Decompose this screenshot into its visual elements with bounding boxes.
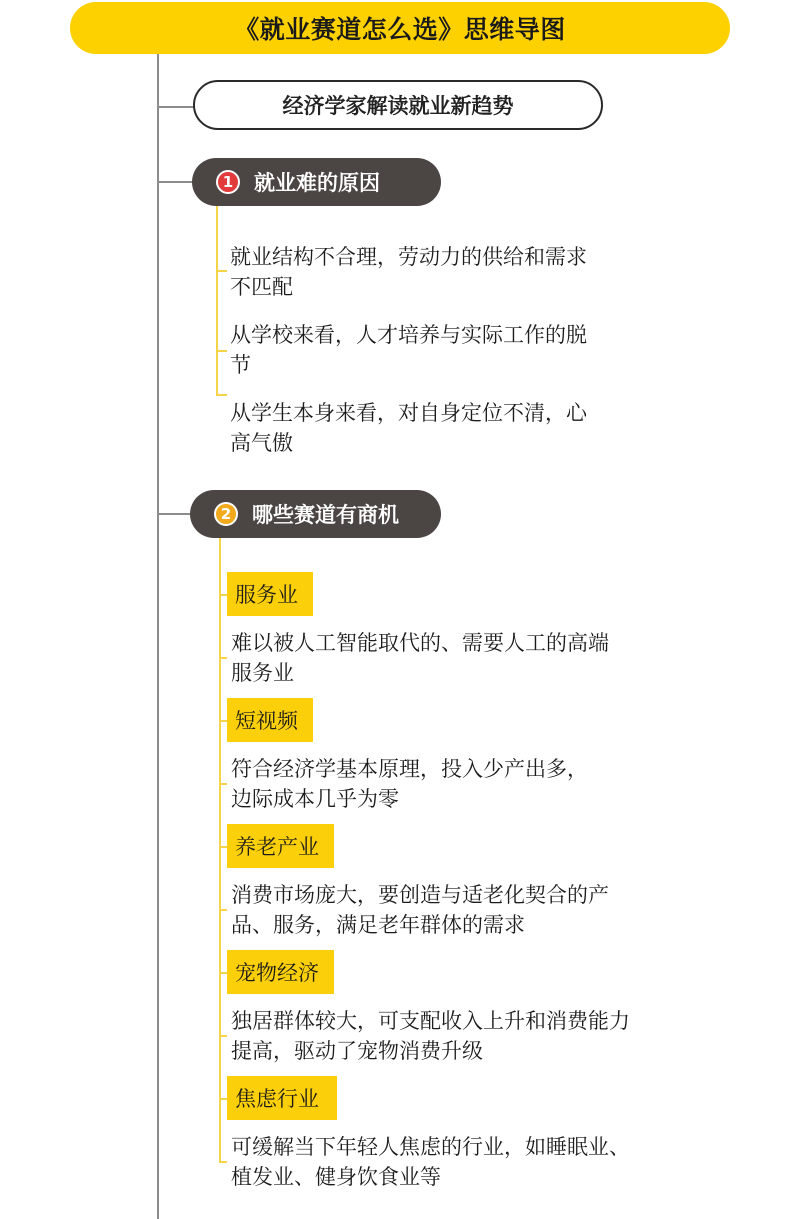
branch-connector-section-1	[158, 181, 194, 183]
list-item: 可缓解当下年轻人焦虑的行业，如睡眠业、植发业、健身饮食业等	[231, 1132, 641, 1192]
item-connector	[219, 783, 227, 785]
tag-label: 宠物经济	[235, 957, 319, 987]
tag-label: 焦虑行业	[235, 1083, 319, 1113]
section-node-opportunities: 2 哪些赛道有商机	[190, 490, 441, 538]
section-title: 就业难的原因	[254, 167, 380, 197]
number-1-circle-icon: 1	[216, 170, 240, 194]
tag-pet-economy: 宠物经济	[227, 950, 334, 994]
list-item: 难以被人工智能取代的、需要人工的高端服务业	[231, 628, 621, 688]
list-item: 符合经济学基本原理，投入少产出多，边际成本几乎为零	[231, 754, 601, 814]
section-node-reasons: 1 就业难的原因	[192, 158, 441, 206]
item-connector	[219, 972, 227, 974]
section-2-connector-line	[219, 538, 221, 1162]
tag-short-video: 短视频	[227, 698, 313, 742]
list-item: 从学校来看，人才培养与实际工作的脱节	[230, 320, 590, 380]
number-2-circle-icon: 2	[214, 502, 238, 526]
branch-connector-section-2	[158, 513, 192, 515]
item-connector	[219, 846, 227, 848]
tag-anxiety-industry: 焦虑行业	[227, 1076, 337, 1120]
subtitle-node: 经济学家解读就业新趋势	[193, 80, 603, 130]
item-connector	[216, 394, 227, 396]
list-item: 消费市场庞大，要创造与适老化契合的产品、服务，满足老年群体的需求	[231, 880, 621, 940]
item-connector	[219, 594, 227, 596]
item-connector	[219, 657, 227, 659]
branch-connector-subtitle	[158, 106, 194, 108]
item-connector	[219, 720, 227, 722]
item-connector	[219, 1098, 227, 1100]
tag-elderly-care: 养老产业	[227, 824, 334, 868]
list-item: 就业结构不合理，劳动力的供给和需求不匹配	[230, 242, 590, 302]
mindmap-title-bar: 《就业赛道怎么选》思维导图	[70, 2, 730, 54]
subtitle-text: 经济学家解读就业新趋势	[283, 90, 514, 120]
list-item: 从学生本身来看，对自身定位不清，心高气傲	[230, 398, 600, 458]
list-item: 独居群体较大，可支配收入上升和消费能力提高，驱动了宠物消费升级	[231, 1006, 641, 1066]
main-connector-line	[157, 54, 159, 1219]
page-title: 《就业赛道怎么选》思维导图	[234, 10, 566, 46]
section-1-connector-line	[216, 206, 218, 396]
tag-service-industry: 服务业	[227, 572, 313, 616]
tag-label: 养老产业	[235, 831, 319, 861]
tag-label: 服务业	[235, 579, 298, 609]
item-connector	[216, 270, 227, 272]
item-connector	[216, 350, 227, 352]
section-title: 哪些赛道有商机	[252, 499, 399, 529]
item-connector	[219, 1035, 227, 1037]
item-connector	[219, 1161, 227, 1163]
item-connector	[219, 909, 227, 911]
tag-label: 短视频	[235, 705, 298, 735]
